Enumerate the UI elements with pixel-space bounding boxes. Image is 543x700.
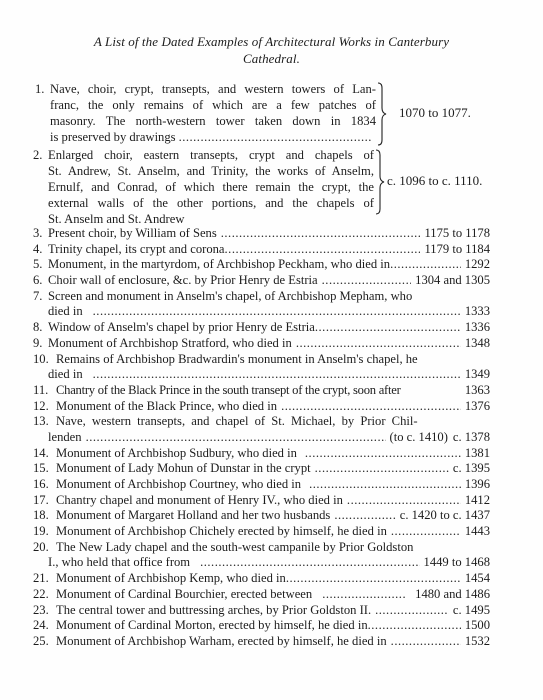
entry-number: 23. [33,603,56,619]
entry-date: c. 1420 to c. 1437 [400,508,490,524]
entry-date: 1376 [465,399,490,415]
entry-text-line: is preserved by drawings [50,129,176,145]
entry-text: Chantry of the Black Prince in the south… [56,383,401,399]
right-brace-icon [374,149,386,215]
entry-date: c. 1395 [453,461,490,477]
entry-text: The New Lady chapel and the south-west c… [56,540,490,556]
entry-22: 22. Monument of Cardinal Bourchier, erec… [33,587,490,603]
entry-date: 1532 [465,634,490,650]
entry-text: Chantry chapel and monument of Henry IV.… [56,493,343,509]
entry-text: Screen and monument in Anselm's chapel, … [48,289,490,305]
entry-text: Monument of Archbishop Warham, erected b… [56,634,387,650]
entry-date: 1480 and 1486 [415,587,490,603]
entry-text: Nave, western transepts, and chapel of S… [56,414,490,430]
entry-date-range-note: (to c. 1410) [390,430,448,446]
entry-number: 8. [33,320,48,336]
entry-date: 1292 [465,257,490,273]
dot-leader: ........................................… [221,226,421,242]
entry-text-line: external walls of the other portions, an… [48,195,374,211]
entry-16: 16. Monument of Archbishop Courtney, who… [33,477,490,493]
dot-leader: ........................................… [368,618,461,634]
entry-text: Remains of Archbishop Bradwardin's monum… [56,352,490,368]
entry-6: 6. Choir wall of enclosure, &c. by Prior… [33,273,490,289]
entry-date: 1412 [465,493,490,509]
entry-text: died in [48,367,83,383]
dot-leader: ........................................… [391,524,461,540]
dot-leader: ........................................… [322,273,411,289]
entry-date: 1363 [465,383,490,399]
entry-date: 1070 to 1077. [399,105,471,121]
entry-number: 4. [33,242,48,258]
entry-3: 3. Present choir, by William of Sens ...… [33,226,490,242]
entry-text: Present choir, by William of Sens [48,226,217,242]
dot-leader: ........................................… [391,634,461,650]
entry-date: c. 1495 [453,603,490,619]
entry-text-line: Ernulf, and Conrad, of which there remai… [48,179,374,195]
entry-24: 24. Monument of Cardinal Morton, erected… [33,618,490,634]
entry-date: c. 1378 [453,430,490,446]
entry-text: lenden [48,430,82,446]
entry-text: Monument of Cardinal Morton, erected by … [56,618,368,634]
dot-leader: ........................................… [200,555,419,571]
entry-9: 9. Monument of Archbishop Stratford, who… [33,336,490,352]
entry-7-continuation: died in ................................… [33,304,490,320]
entry-text: died in [48,304,83,320]
entry-date: c. 1096 to c. 1110. [387,173,482,189]
entry-number: 14. [33,446,56,462]
entry-date: 1396 [465,477,490,493]
entry-text-line: St. Andrew, St. Anselm, and Trinity, the… [48,163,374,179]
entry-text: Monument of Lady Mohun of Dunstar in the… [56,461,311,477]
entry-number: 12. [33,399,56,415]
dot-leader: ........................................… [322,587,405,603]
entry-number: 5. [33,257,48,273]
entry-date: 1333 [465,304,490,320]
entry-13: 13. Nave, western transepts, and chapel … [33,414,490,430]
entry-text-line: masonry. The north-western tower taken d… [50,113,376,129]
entry-text-line: Nave, choir, crypt, transepts, and weste… [50,81,376,97]
entry-text-line: Enlarged choir, eastern transepts, crypt… [48,147,374,163]
dot-leader: ........................................… [286,571,461,587]
entry-number: 18. [33,508,56,524]
entry-number: 16. [33,477,56,493]
entry-number: 9. [33,336,48,352]
dot-leader: ........................................… [334,508,395,524]
entry-text: Monument of Archbishop Stratford, who di… [48,336,292,352]
entry-text: Monument of Archbishop Sudbury, who died… [56,446,297,462]
dot-leader: ........................................… [347,493,461,509]
entry-text: Window of Anselm's chapel by prior Henry… [48,320,315,336]
entry-13-continuation: lenden .................................… [33,430,490,446]
entry-date: 1179 to 1184 [424,242,490,258]
entry-date: 1175 to 1178 [424,226,490,242]
dot-leader: ........................................… [281,399,461,415]
dot-leader: ........................................… [225,242,421,258]
dot-leader: ........................................… [179,129,372,145]
entry-number: 11. [33,383,56,399]
entry-text: Trinity chapel, its crypt and corona [48,242,225,258]
entry-text: I., who held that office from [48,555,190,571]
entry-text: Monument of Margaret Holland and her two… [56,508,330,524]
entry-4: 4. Trinity chapel, its crypt and corona … [33,242,490,258]
entry-10-continuation: died in ................................… [33,367,490,383]
dot-leader: ........................................… [305,446,461,462]
dot-leader: ........................................… [375,603,449,619]
dot-leader: ........................................… [86,430,386,446]
entry-number: 17. [33,493,56,509]
entry-number: 2. [33,147,42,163]
entry-23: 23. The central tower and buttressing ar… [33,603,490,619]
entry-date: 1454 [465,571,490,587]
entry-18: 18. Monument of Margaret Holland and her… [33,508,490,524]
dot-leader: ........................................… [315,461,449,477]
entry-text: Monument of Archbishop Kemp, who died in [56,571,286,587]
entry-number: 15. [33,461,56,477]
entry-7: 7. Screen and monument in Anselm's chape… [33,289,490,305]
entry-number: 21. [33,571,56,587]
entry-date: 1336 [465,320,490,336]
dot-leader: ........................................… [309,477,461,493]
entry-20: 20. The New Lady chapel and the south-we… [33,540,490,556]
entry-5: 5. Monument, in the martyrdom, of Archbi… [33,257,490,273]
entry-number: 24. [33,618,56,634]
entry-25: 25. Monument of Archbishop Warham, erect… [33,634,490,650]
entry-text: Monument of Archbishop Courtney, who die… [56,477,301,493]
title-line-1: A List of the Dated Examples of Architec… [0,33,543,50]
dot-leader: ........................................… [93,304,461,320]
entry-17: 17. Chantry chapel and monument of Henry… [33,493,490,509]
page-title: A List of the Dated Examples of Architec… [0,33,543,67]
entry-10: 10. Remains of Archbishop Bradwardin's m… [33,352,490,368]
title-line-2: Cathedral. [0,50,543,67]
entry-20-continuation: I., who held that office from ..........… [33,555,490,571]
entry-text: Monument of Archbishop Chichely erected … [56,524,387,540]
entry-text: The central tower and buttressing arches… [56,603,371,619]
entry-14: 14. Monument of Archbishop Sudbury, who … [33,446,490,462]
entry-text: Choir wall of enclosure, &c. by Prior He… [48,273,318,289]
entry-11: 11. Chantry of the Black Prince in the s… [33,383,490,399]
entry-date: 1381 [465,446,490,462]
entry-text: Monument of Cardinal Bourchier, erected … [56,587,312,603]
dot-leader: ........................................… [93,367,461,383]
entry-date: 1449 to 1468 [424,555,490,571]
entry-21: 21. Monument of Archbishop Kemp, who die… [33,571,490,587]
entry-date: 1500 [465,618,490,634]
entry-number: 3. [33,226,48,242]
entry-text-line: St. Anselm and St. Andrew [48,211,374,227]
entry-8: 8. Window of Anselm's chapel by prior He… [33,320,490,336]
entry-text: Monument of the Black Prince, who died i… [56,399,277,415]
right-brace-icon [376,82,388,146]
entry-12: 12. Monument of the Black Prince, who di… [33,399,490,415]
entry-number: 19. [33,524,56,540]
dot-leader: ........................................… [390,257,461,273]
entry-date: 1304 and 1305 [415,273,490,289]
entry-date: 1443 [465,524,490,540]
entry-text-line: franc, the only remains of which are a f… [50,97,376,113]
entry-list: 3. Present choir, by William of Sens ...… [33,226,490,650]
entry-text: Monument, in the martyrdom, of Archbisho… [48,257,390,273]
entry-date: 1348 [465,336,490,352]
entry-date: 1349 [465,367,490,383]
dot-leader: ........................................… [296,336,461,352]
entry-number: 25. [33,634,56,650]
entry-number: 6. [33,273,48,289]
entry-15: 15. Monument of Lady Mohun of Dunstar in… [33,461,490,477]
entry-number: 22. [33,587,56,603]
entry-number: 1. [35,81,44,97]
dot-leader: ........................................… [315,320,461,336]
entry-19: 19. Monument of Archbishop Chichely erec… [33,524,490,540]
